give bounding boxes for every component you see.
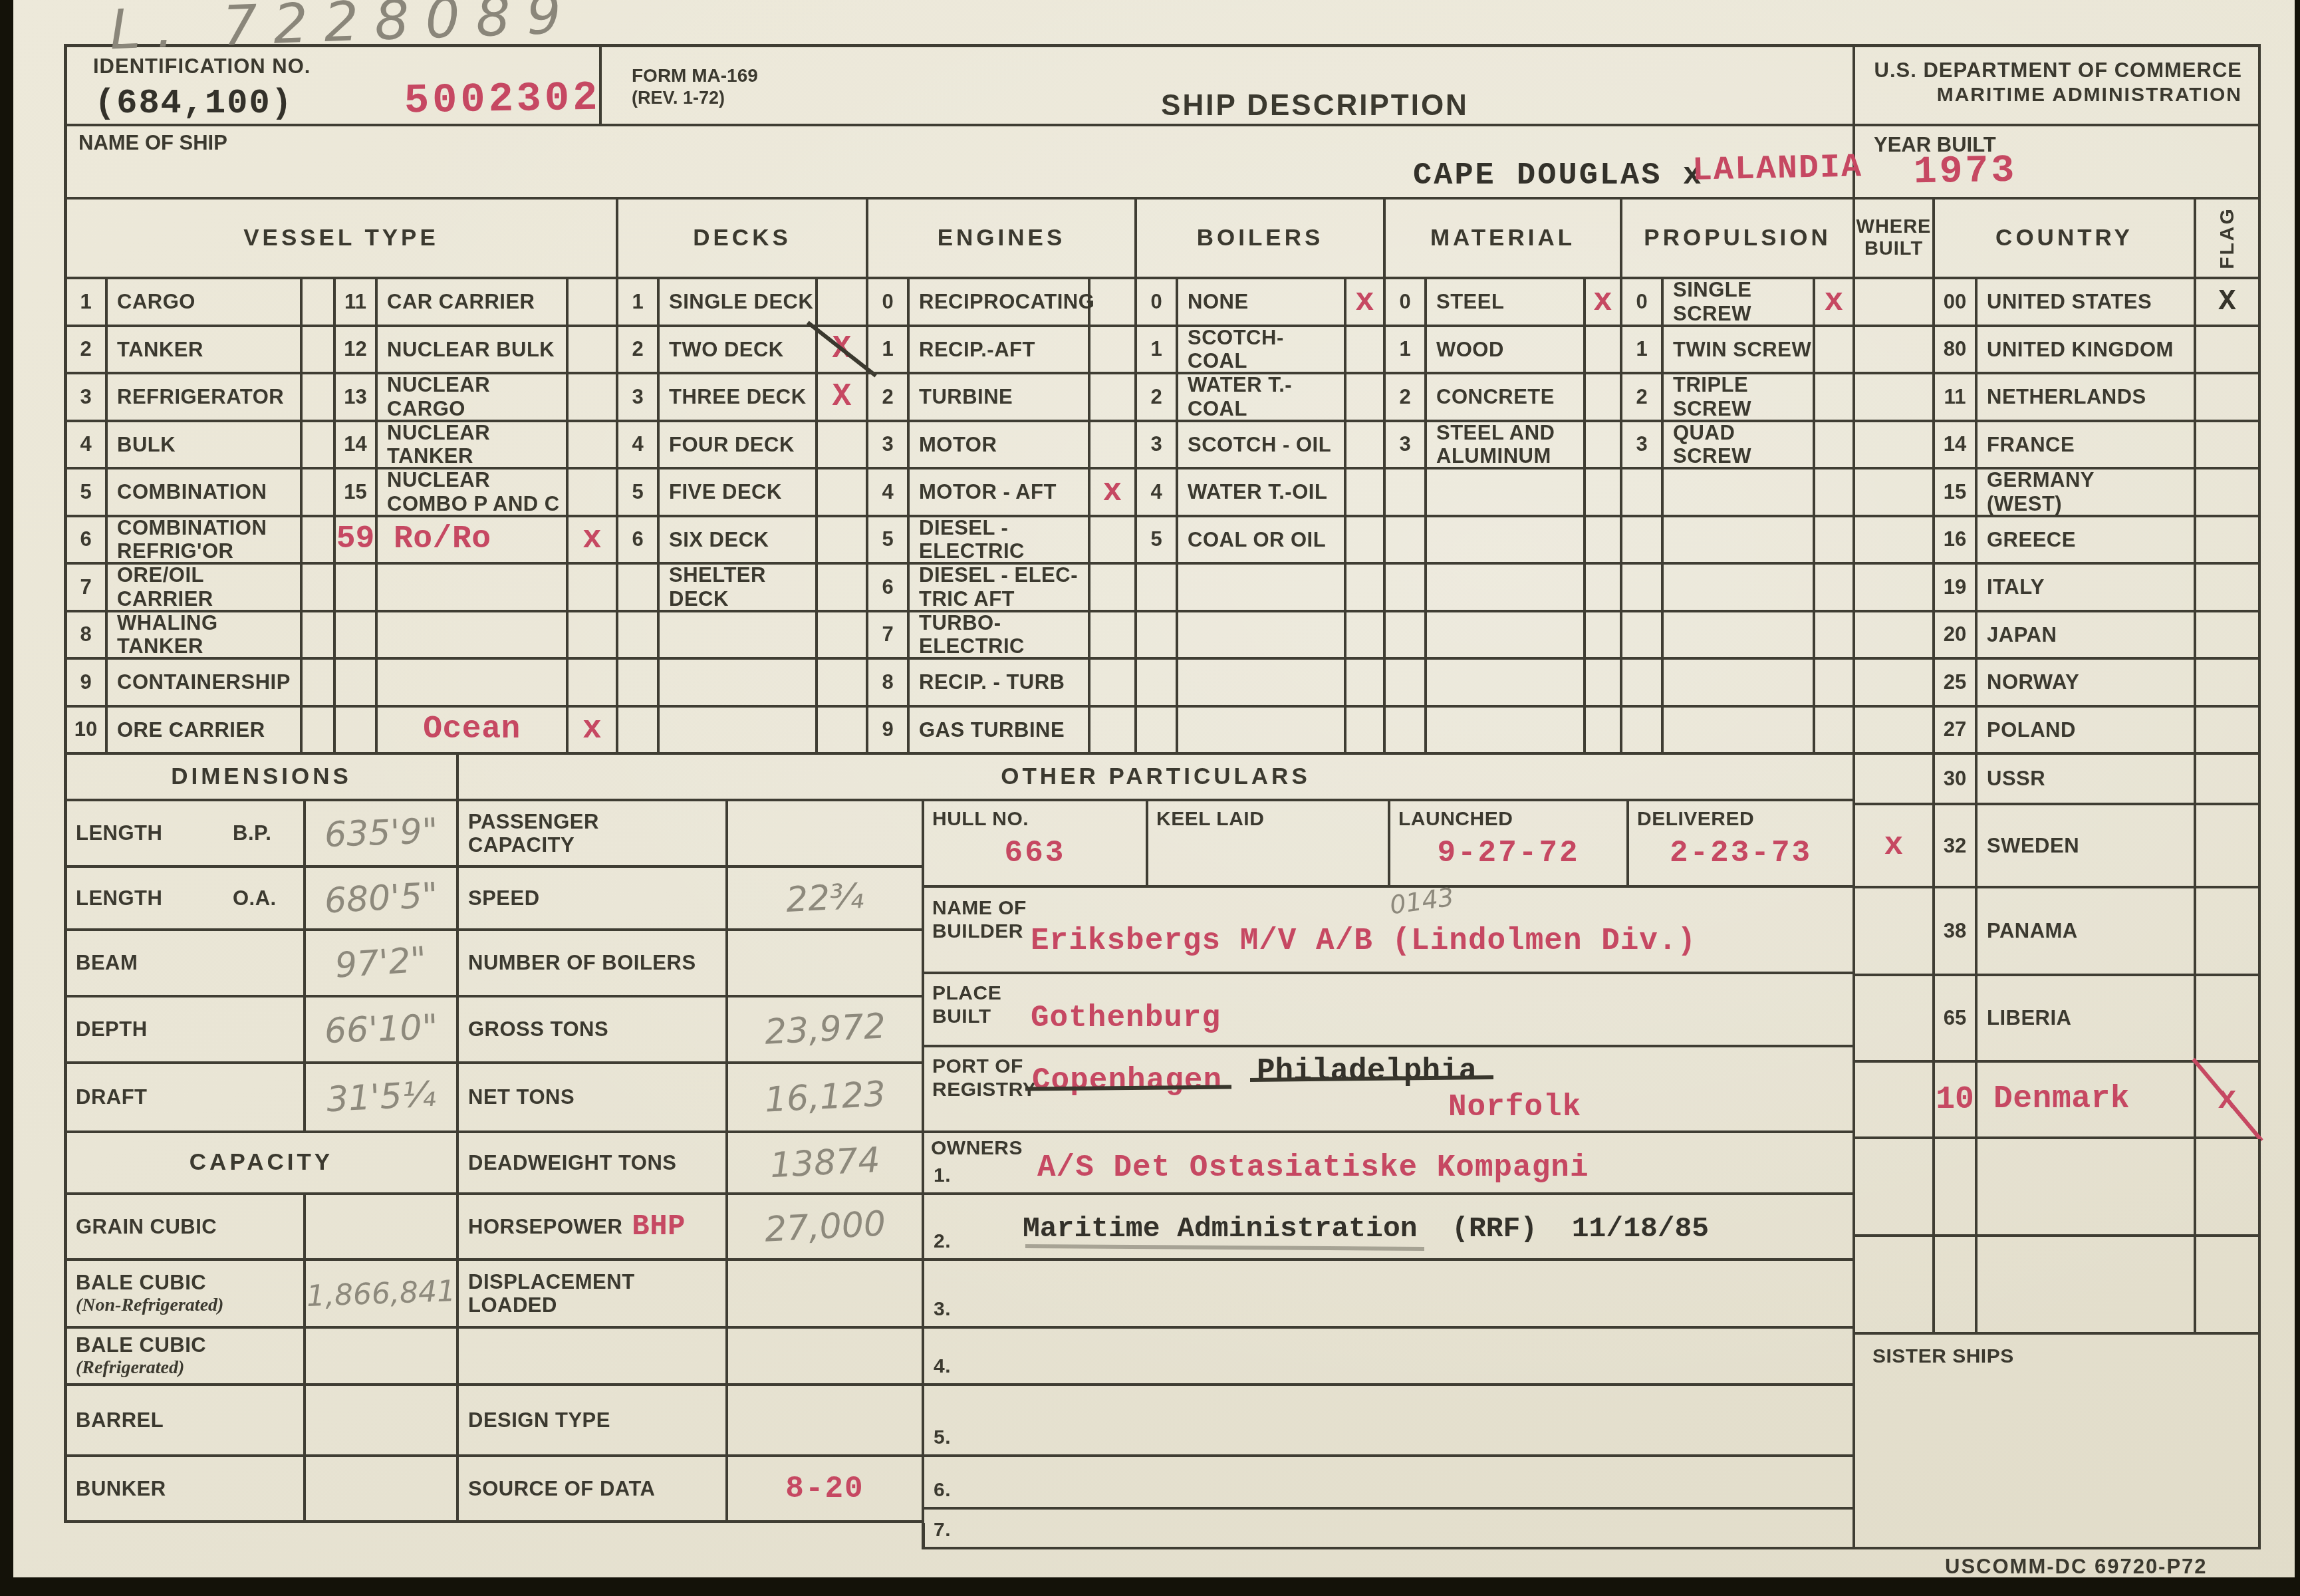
where-built-mark: x	[1884, 828, 1904, 864]
stat-label-3: GROSS TONS	[459, 997, 728, 1064]
propulsion-header: PROPULSION	[1622, 199, 1855, 279]
port-entry-1: Philadelphia	[1257, 1054, 1477, 1089]
decks-num-9	[618, 708, 660, 755]
stat-value-3: 23,972	[728, 997, 924, 1064]
country-name-9: POLAND	[1978, 708, 2196, 755]
stat-value-text-10: 8-20	[785, 1472, 864, 1506]
propulsion-label-9	[1664, 708, 1815, 755]
capacity-sublabel-2: (Refrigerated)	[76, 1357, 184, 1379]
country-name-6: ITALY	[1978, 565, 2196, 612]
stat-value-10: 8-20	[728, 1457, 924, 1523]
vessel-left-num-7: 7	[66, 565, 108, 612]
decks-label-9	[660, 708, 818, 755]
vessel-right-num-8	[336, 612, 378, 660]
owner-value-1: A/S Det Ostasiatiske Kompagni	[1037, 1150, 1589, 1185]
stat-value-1: 22¾	[728, 868, 924, 931]
boilers-check-4	[1346, 469, 1386, 517]
engines-label-4: MOTOR - AFT	[910, 469, 1090, 517]
stat-value-text-3: 23,972	[763, 1006, 886, 1052]
country-code-12: 38	[1935, 888, 1978, 976]
decks-label-8	[660, 660, 818, 708]
decks-label-4: FIVE DECK	[660, 469, 818, 517]
flag-header: FLAG	[2196, 199, 2261, 279]
country-code-14: 10	[1935, 1063, 1978, 1139]
engines-label-7: TURBO- ELECTRIC	[910, 612, 1090, 660]
decks-check-9	[818, 708, 868, 755]
stat-label-0: PASSENGER CAPACITY	[459, 801, 728, 868]
propulsion-num-5	[1622, 517, 1664, 565]
boilers-num-5: 5	[1137, 517, 1178, 565]
owner-number-7: 7.	[934, 1519, 951, 1542]
vessel-right-check-8	[569, 612, 618, 660]
vessel-right-check-6: x	[569, 517, 618, 565]
engines-num-1: 1	[868, 327, 910, 375]
capacity-value-text-1: 1,866,841	[306, 1274, 456, 1313]
engines-check-1	[1090, 327, 1137, 375]
country-name-1: UNITED KINGDOM	[1978, 327, 2196, 375]
flag-cell-14: x	[2196, 1063, 2261, 1139]
vessel-left-label-2: TANKER	[108, 327, 303, 375]
propulsion-label-8	[1664, 660, 1815, 708]
country-name-10: USSR	[1978, 755, 2196, 805]
propulsion-label-0: SINGLE SCREW	[1664, 279, 1815, 327]
decks-num-5: 6	[618, 517, 660, 565]
vessel-left-check-2	[303, 327, 336, 375]
country-code-7: 20	[1935, 612, 1978, 660]
boilers-num-4: 4	[1137, 469, 1178, 517]
decks-num-2: 3	[618, 374, 660, 422]
decks-num-3: 4	[618, 422, 660, 470]
flag-cell-10	[2196, 755, 2261, 805]
boilers-label-0: NONE	[1178, 279, 1346, 327]
propulsion-check-0: x	[1815, 279, 1855, 327]
identification-no-value: (684,100)	[94, 84, 293, 123]
capacity-value-2	[306, 1329, 459, 1386]
vessel-left-check-9	[303, 660, 336, 708]
form-number: FORM MA-169	[632, 65, 758, 86]
vessel-right-check-1	[569, 279, 618, 327]
stat-label-4: NET TONS	[459, 1064, 728, 1133]
other-particulars-header: OTHER PARTICULARS	[459, 755, 1855, 801]
material-label-1: WOOD	[1427, 327, 1586, 375]
owner-number-3: 3.	[934, 1298, 951, 1321]
dimension-label-3: DEPTH	[66, 997, 306, 1064]
place-built-cell: PLACE BUILTGothenburg	[924, 974, 1855, 1047]
decks-check-6	[818, 565, 868, 612]
vessel-right-check-10: x	[569, 708, 618, 755]
name-of-ship-label: NAME OF SHIP	[78, 131, 227, 155]
engines-label-5: DIESEL - ELECTRIC	[910, 517, 1090, 565]
material-check-mark: x	[1593, 284, 1612, 320]
keel-laid-label: KEEL LAID	[1156, 808, 1264, 831]
decks-check-mark: X	[832, 379, 852, 415]
material-num-9	[1386, 708, 1427, 755]
flag-cell-9	[2196, 708, 2261, 755]
propulsion-label-1: TWIN SCREW	[1664, 327, 1815, 375]
vessel-left-check-6	[303, 517, 336, 565]
where-built-cell-6	[1855, 565, 1935, 612]
vessel-left-check-4	[303, 422, 336, 470]
propulsion-label-5	[1664, 517, 1815, 565]
flag-cell-7	[2196, 612, 2261, 660]
vessel-left-num-8: 8	[66, 612, 108, 660]
material-label-5	[1427, 517, 1586, 565]
dimension-label-1: LENGTHO.A.	[66, 868, 306, 931]
dimension-value-text-0: 635'9"	[324, 811, 439, 855]
vessel-right-num-5: 15	[336, 469, 378, 517]
launched-cell: LAUNCHED9-27-72	[1390, 801, 1629, 888]
builder-pencil-note: 0143	[1388, 882, 1456, 920]
flag-cell-13	[2196, 976, 2261, 1063]
material-num-8	[1386, 660, 1427, 708]
flag-cell-2	[2196, 374, 2261, 422]
engines-label-0: RECIPROCATING	[910, 279, 1090, 327]
capacity-label-4: BUNKER	[66, 1457, 306, 1523]
dimension-value-1: 680'5"	[306, 868, 459, 931]
builder-label: NAME OF BUILDER	[932, 897, 1027, 943]
engines-check-3	[1090, 422, 1137, 470]
stat-label-7: DISPLACEMENT LOADED	[459, 1261, 728, 1329]
owner-value-2: Maritime Administration (RRF) 11/18/85	[1023, 1212, 1709, 1245]
flag-cell-1	[2196, 327, 2261, 375]
country-code-8: 25	[1935, 660, 1978, 708]
material-num-3: 3	[1386, 422, 1427, 470]
engines-label-8: RECIP. - TURB	[910, 660, 1090, 708]
frame-patch-line	[922, 1523, 925, 1549]
boilers-check-mark: x	[1355, 284, 1374, 320]
owner-row-7: 7.	[924, 1510, 1855, 1549]
propulsion-num-8	[1622, 660, 1664, 708]
decks-num-0: 1	[618, 279, 660, 327]
stat-value-text-6: 27,000	[763, 1204, 886, 1250]
material-check-9	[1586, 708, 1622, 755]
engines-check-mark: x	[1103, 474, 1122, 510]
owner-row-6: 6.	[924, 1457, 1855, 1510]
flag-mark-strikeout	[2192, 1057, 2263, 1141]
capacity-sublabel-1: (Non-Refrigerated)	[76, 1295, 223, 1316]
ship-name-stamped: LALANDIA	[1692, 148, 1862, 190]
scan-edge-left	[0, 0, 13, 1596]
capacity-label-text-0: GRAIN CUBIC	[76, 1215, 217, 1238]
country-name-15	[1978, 1139, 2196, 1237]
country-code-16	[1935, 1237, 1978, 1335]
country-name-2: NETHERLANDS	[1978, 374, 2196, 422]
flag-cell-8	[2196, 660, 2261, 708]
boilers-check-3	[1346, 422, 1386, 470]
boilers-check-8	[1346, 660, 1386, 708]
engines-header: ENGINES	[868, 199, 1137, 279]
material-check-0: x	[1586, 279, 1622, 327]
boilers-check-1	[1346, 327, 1386, 375]
vessel-left-label-7: ORE/OIL CARRIER	[108, 565, 303, 612]
where-built-cell-8	[1855, 660, 1935, 708]
flag-cell-12	[2196, 888, 2261, 976]
where-built-cell-5	[1855, 517, 1935, 565]
country-name-3: FRANCE	[1978, 422, 2196, 470]
owner-number-6: 6.	[934, 1479, 951, 1502]
dimension-label-4: DRAFT	[66, 1064, 306, 1133]
material-num-6	[1386, 565, 1427, 612]
decks-check-7	[818, 612, 868, 660]
vessel-right-num-3: 13	[336, 374, 378, 422]
flag-cell-4	[2196, 469, 2261, 517]
vessel-right-num-6: 59	[336, 517, 378, 565]
decks-num-6	[618, 565, 660, 612]
country-code-3: 14	[1935, 422, 1978, 470]
decks-check-4	[818, 469, 868, 517]
material-num-5	[1386, 517, 1427, 565]
boilers-num-7	[1137, 612, 1178, 660]
dimension-value-0: 635'9"	[306, 801, 459, 868]
engines-check-5	[1090, 517, 1137, 565]
vessel-left-num-3: 3	[66, 374, 108, 422]
boilers-check-7	[1346, 612, 1386, 660]
material-num-7	[1386, 612, 1427, 660]
propulsion-num-2: 2	[1622, 374, 1664, 422]
propulsion-check-8	[1815, 660, 1855, 708]
dimension-value-text-4: 31'5¼	[326, 1075, 437, 1120]
where-built-cell-15	[1855, 1139, 1935, 1237]
builder-cell: NAME OF BUILDEREriksbergs M/V A/B (Lindo…	[924, 888, 1855, 974]
where-built-cell-7	[1855, 612, 1935, 660]
material-label-9	[1427, 708, 1586, 755]
stat-value-9	[728, 1386, 924, 1457]
sister-ships-label: SISTER SHIPS	[1872, 1345, 2014, 1369]
boilers-num-2: 2	[1137, 374, 1178, 422]
dimensions-header: DIMENSIONS	[66, 755, 459, 801]
material-check-8	[1586, 660, 1622, 708]
country-name-16	[1978, 1237, 2196, 1335]
boilers-check-0: x	[1346, 279, 1386, 327]
boilers-label-3: SCOTCH - OIL	[1178, 422, 1346, 470]
launched-label: LAUNCHED	[1398, 808, 1513, 831]
vessel-left-num-4: 4	[66, 422, 108, 470]
material-check-6	[1586, 565, 1622, 612]
dimension-value-text-3: 66'10"	[324, 1007, 439, 1051]
stat-value-4: 16,123	[728, 1064, 924, 1133]
boilers-label-6	[1178, 565, 1346, 612]
launched-value: 9-27-72	[1390, 836, 1626, 870]
propulsion-num-4	[1622, 469, 1664, 517]
vessel-left-num-6: 6	[66, 517, 108, 565]
engines-label-3: MOTOR	[910, 422, 1090, 470]
flag-cell-0: X	[2196, 279, 2261, 327]
stat-value-7	[728, 1261, 924, 1329]
port-of-registry-cell: PORT OF REGISTRYCopenhagenPhiladelphiaNo…	[924, 1047, 1855, 1133]
country-code-1: 80	[1935, 327, 1978, 375]
owner-row-1: OWNERS1.A/S Det Ostasiatiske Kompagni	[924, 1133, 1855, 1195]
propulsion-check-7	[1815, 612, 1855, 660]
propulsion-label-7	[1664, 612, 1815, 660]
material-check-3	[1586, 422, 1622, 470]
capacity-value-0	[306, 1195, 459, 1261]
capacity-label-text-1: BALE CUBIC	[76, 1271, 206, 1294]
dimension-value-2: 97'2"	[306, 931, 459, 997]
owner-number-4: 4.	[934, 1355, 951, 1379]
country-code-2: 11	[1935, 374, 1978, 422]
vessel-right-check-4	[569, 422, 618, 470]
flag-cell-6	[2196, 565, 2261, 612]
port-entry-0: Copenhagen	[1032, 1063, 1222, 1098]
material-check-4	[1586, 469, 1622, 517]
vessel-left-num-10: 10	[66, 708, 108, 755]
propulsion-label-4	[1664, 469, 1815, 517]
material-num-2: 2	[1386, 374, 1427, 422]
dimension-value-3: 66'10"	[306, 997, 459, 1064]
vessel-right-num-4: 14	[336, 422, 378, 470]
hull-no-cell: HULL NO.663	[924, 801, 1148, 888]
where-built-cell-10	[1855, 755, 1935, 805]
agency-name-line1: U.S. DEPARTMENT OF COMMERCE	[1862, 59, 2242, 82]
vessel-left-check-10	[303, 708, 336, 755]
flag-cell-3	[2196, 422, 2261, 470]
decks-label-2: THREE DECK	[660, 374, 818, 422]
propulsion-num-1: 1	[1622, 327, 1664, 375]
vessel-left-label-3: REFRIGERATOR	[108, 374, 303, 422]
vessel-left-label-6: COMBINATION REFRIG'OR	[108, 517, 303, 565]
stat-value-text-1: 22¾	[785, 876, 865, 920]
country-code-9: 27	[1935, 708, 1978, 755]
vessel-left-check-3	[303, 374, 336, 422]
country-code-4: 15	[1935, 469, 1978, 517]
vessel-left-label-1: CARGO	[108, 279, 303, 327]
decks-header: DECKS	[618, 199, 868, 279]
owner-row-5: 5.	[924, 1386, 1855, 1457]
vessel-left-check-7	[303, 565, 336, 612]
engines-num-5: 5	[868, 517, 910, 565]
year-built-value: 1973	[1913, 150, 2017, 195]
form-print-code: USCOMM-DC 69720-P72	[1945, 1555, 2208, 1579]
engines-num-4: 4	[868, 469, 910, 517]
country-name-4: GERMANY (WEST)	[1978, 469, 2196, 517]
boilers-label-5: COAL OR OIL	[1178, 517, 1346, 565]
vessel-right-check-7	[569, 565, 618, 612]
owners-label: OWNERS	[931, 1137, 1023, 1160]
boilers-num-1: 1	[1137, 327, 1178, 375]
decks-label-5: SIX DECK	[660, 517, 818, 565]
engines-check-4: x	[1090, 469, 1137, 517]
decks-num-7	[618, 612, 660, 660]
vessel-right-label-2: NUCLEAR BULK	[378, 327, 569, 375]
place-built-value: Gothenburg	[1031, 1001, 1221, 1035]
flag-header-label: FLAG	[2216, 207, 2239, 269]
engines-num-6: 6	[868, 565, 910, 612]
keel-laid-cell: KEEL LAID	[1148, 801, 1390, 888]
delivered-cell: DELIVERED2-23-73	[1629, 801, 1855, 888]
where-built-header: WHERE BUILT	[1855, 199, 1935, 279]
stat-label-8	[459, 1329, 728, 1386]
flag-cell-16	[2196, 1237, 2261, 1335]
vessel-left-num-5: 5	[66, 469, 108, 517]
owner-row-4: 4.	[924, 1329, 1855, 1386]
flag-cell-15	[2196, 1139, 2261, 1237]
decks-label-1: TWO DECK	[660, 327, 818, 375]
country-name-13: LIBERIA	[1978, 976, 2196, 1063]
stamped-control-number: 5002302	[404, 74, 601, 124]
vessel-right-check-2	[569, 327, 618, 375]
engines-num-7: 7	[868, 612, 910, 660]
place-built-label: PLACE BUILT	[932, 982, 1001, 1028]
vessel-right-label-4: NUCLEAR TANKER	[378, 422, 569, 470]
owner-number-5: 5.	[934, 1426, 951, 1450]
owner-value-smear	[1025, 1244, 1424, 1251]
vessel-check-mark: x	[582, 521, 602, 557]
where-built-cell-3	[1855, 422, 1935, 470]
country-name-12: PANAMA	[1978, 888, 2196, 976]
propulsion-check-9	[1815, 708, 1855, 755]
capacity-value-1: 1,866,841	[306, 1261, 459, 1329]
vessel-left-check-1	[303, 279, 336, 327]
country-name-11: SWEDEN	[1978, 805, 2196, 888]
capacity-label-0: GRAIN CUBIC	[66, 1195, 306, 1261]
vessel-right-check-3	[569, 374, 618, 422]
where-built-cell-13	[1855, 976, 1935, 1063]
decks-num-8	[618, 660, 660, 708]
engines-num-2: 2	[868, 374, 910, 422]
country-code-15	[1935, 1139, 1978, 1237]
stat-label-9: DESIGN TYPE	[459, 1386, 728, 1457]
country-code-5: 16	[1935, 517, 1978, 565]
propulsion-num-6	[1622, 565, 1664, 612]
boilers-label-9	[1178, 708, 1346, 755]
material-label-6	[1427, 565, 1586, 612]
vessel-right-label-1: CAR CARRIER	[378, 279, 569, 327]
country-code-0: 00	[1935, 279, 1978, 327]
vessel-check-mark: x	[582, 712, 602, 747]
vessel-left-num-1: 1	[66, 279, 108, 327]
stat-label-5: DEADWEIGHT TONS	[459, 1133, 728, 1195]
capacity-label-text-4: BUNKER	[76, 1477, 166, 1500]
engines-num-9: 9	[868, 708, 910, 755]
engines-check-2	[1090, 374, 1137, 422]
decks-label-0: SINGLE DECK	[660, 279, 818, 327]
decks-label-3: FOUR DECK	[660, 422, 818, 470]
propulsion-check-3	[1815, 422, 1855, 470]
material-label-7	[1427, 612, 1586, 660]
vessel-right-num-9	[336, 660, 378, 708]
stat-value-2	[728, 931, 924, 997]
propulsion-num-7	[1622, 612, 1664, 660]
vessel-right-num-7	[336, 565, 378, 612]
material-num-4	[1386, 469, 1427, 517]
material-check-1	[1586, 327, 1622, 375]
stat-label-10: SOURCE OF DATA	[459, 1457, 728, 1523]
material-num-0: 0	[1386, 279, 1427, 327]
hull-no-value: 663	[924, 836, 1146, 870]
material-label-8	[1427, 660, 1586, 708]
vessel-right-check-9	[569, 660, 618, 708]
capacity-label-3: BARREL	[66, 1386, 306, 1457]
owner-number-1: 1.	[934, 1164, 951, 1188]
country-name-8: NORWAY	[1978, 660, 2196, 708]
agency-name-line2: MARITIME ADMINISTRATION	[1862, 84, 2242, 106]
boilers-check-6	[1346, 565, 1386, 612]
vessel-left-check-8	[303, 612, 336, 660]
propulsion-check-5	[1815, 517, 1855, 565]
capacity-header: CAPACITY	[66, 1133, 459, 1195]
capacity-value-3	[306, 1386, 459, 1457]
stat-value-text-4: 16,123	[763, 1074, 886, 1120]
engines-check-6	[1090, 565, 1137, 612]
vessel-left-label-8: WHALING TANKER	[108, 612, 303, 660]
stat-label-2: NUMBER OF BOILERS	[459, 931, 728, 997]
stat-value-0	[728, 801, 924, 868]
material-check-7	[1586, 612, 1622, 660]
dimension-label-0: LENGTHB.P.	[66, 801, 306, 868]
vessel-right-label-9	[378, 660, 569, 708]
vessel-left-check-5	[303, 469, 336, 517]
propulsion-num-3: 3	[1622, 422, 1664, 470]
